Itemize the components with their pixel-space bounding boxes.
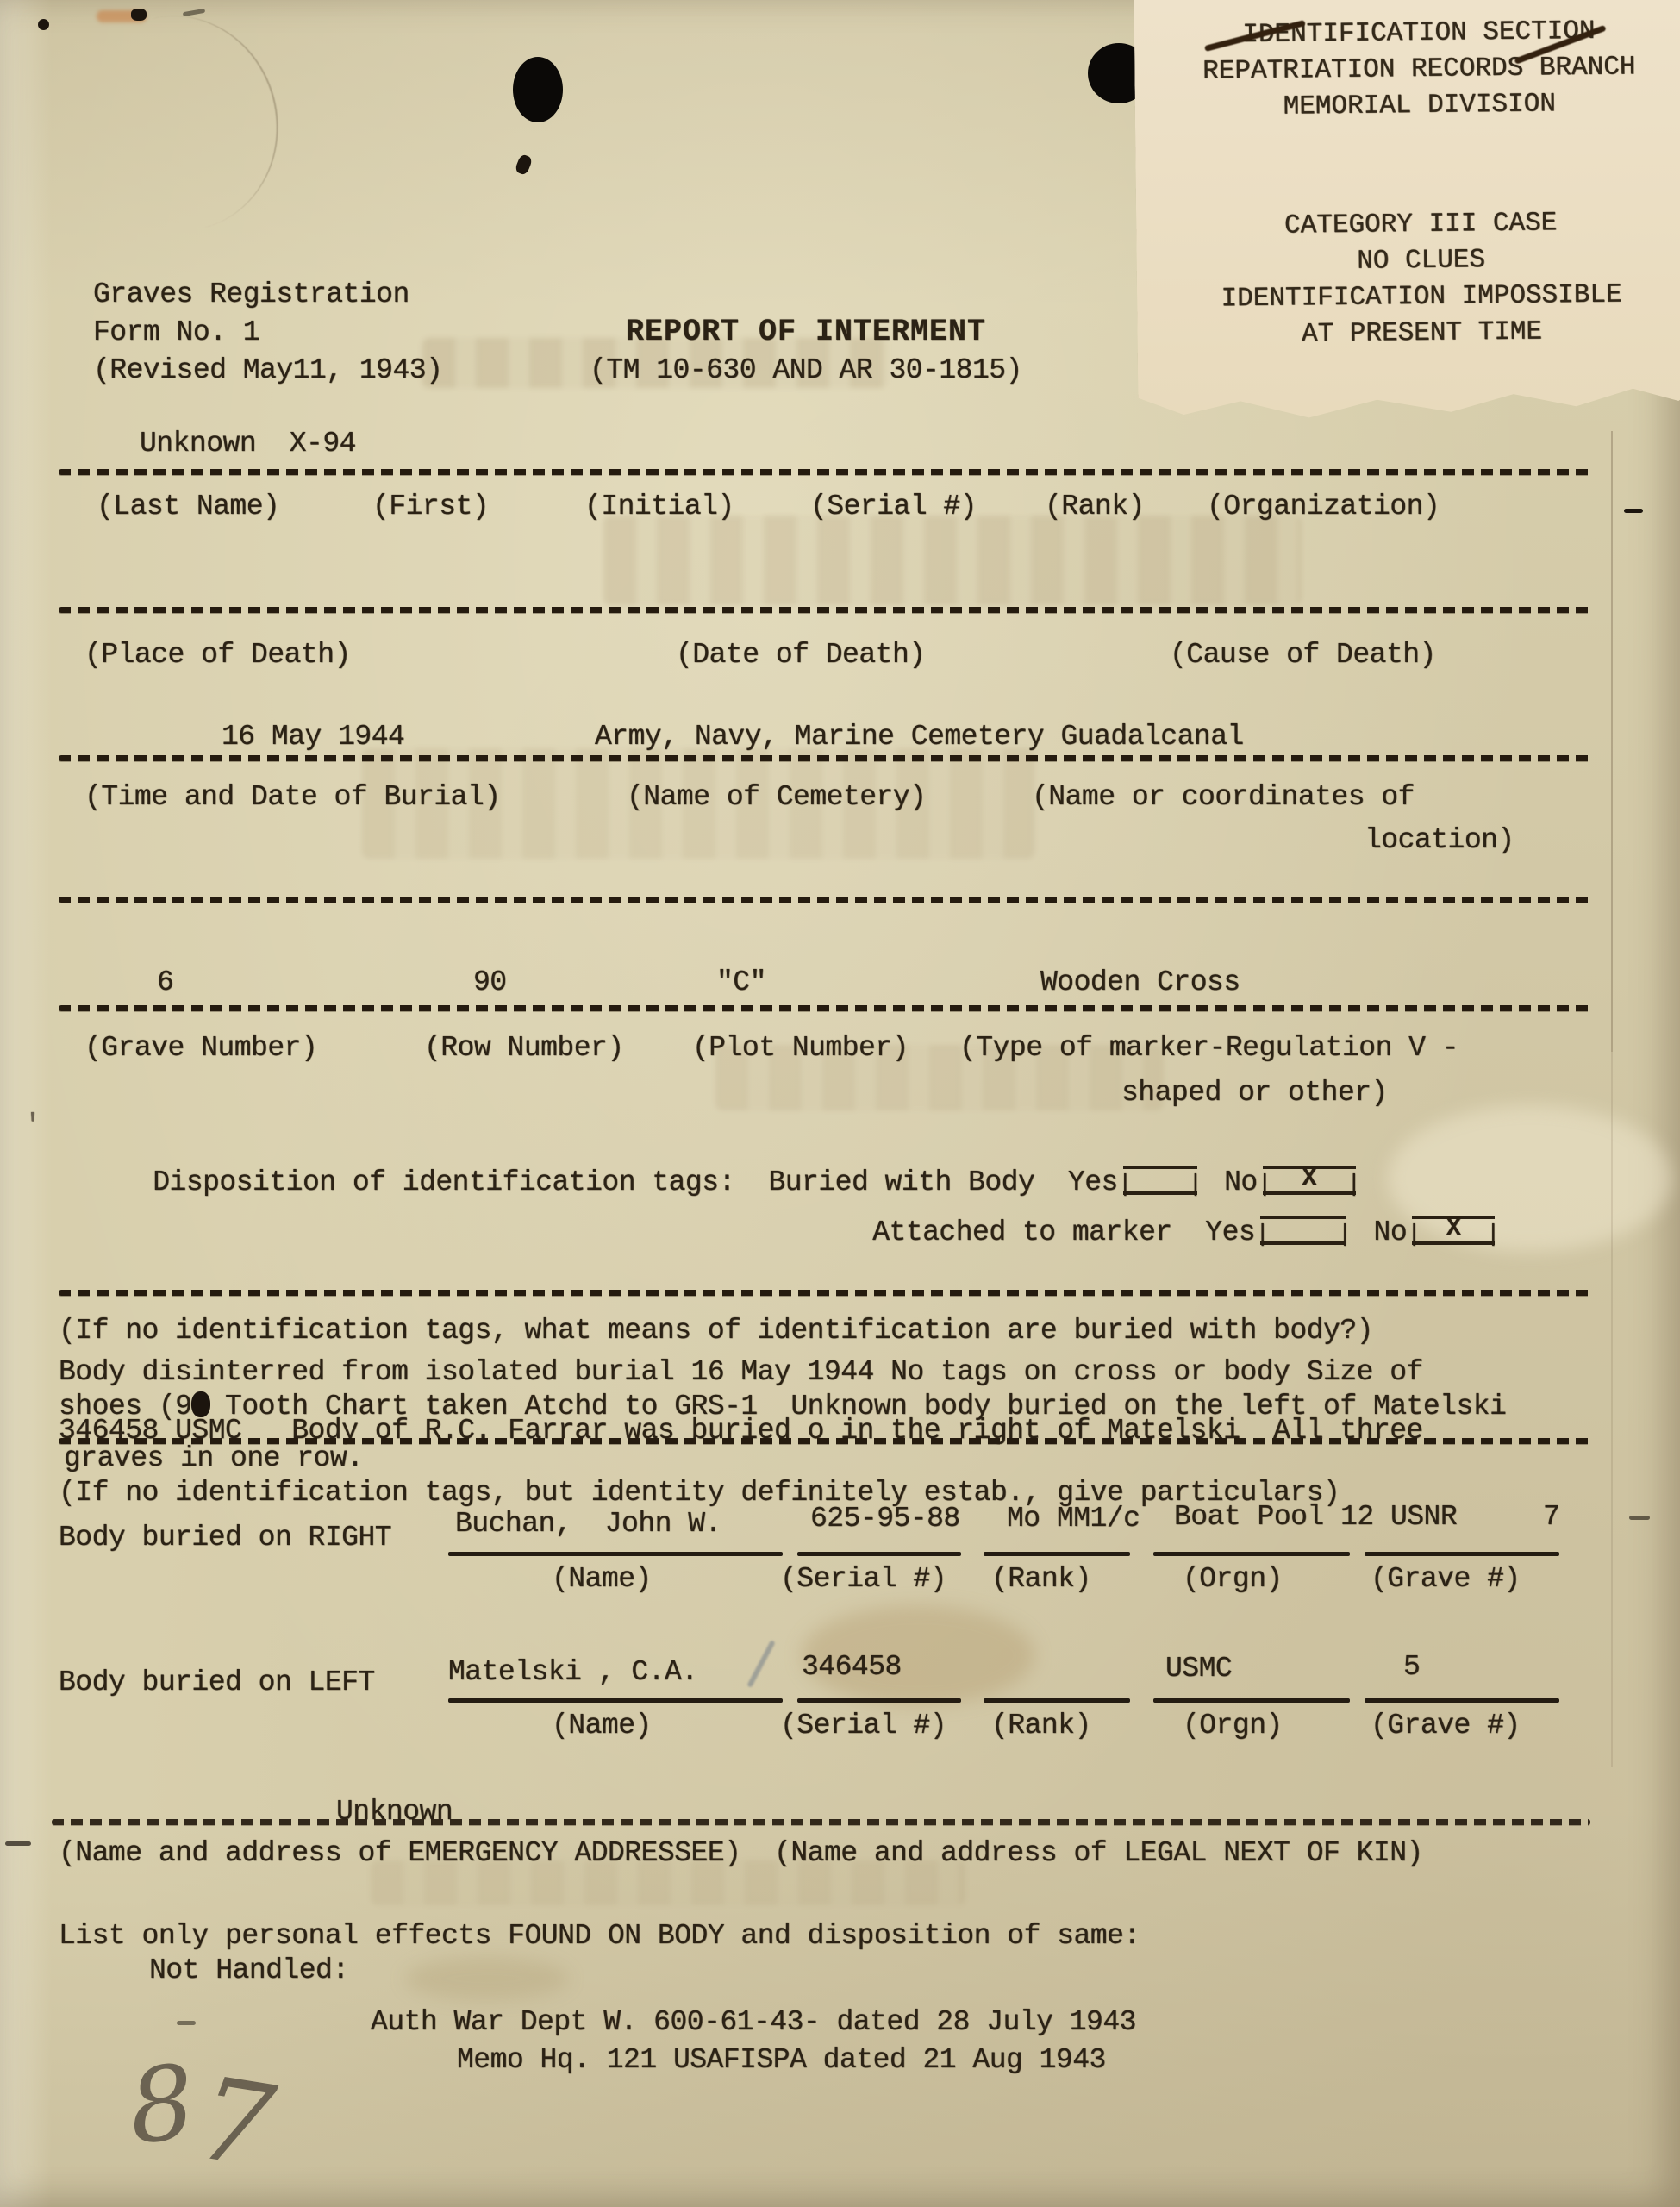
right-grave-value: 7 [1543, 1500, 1559, 1535]
right-label-orgn: (Orgn) [1183, 1562, 1283, 1597]
fold-line [1611, 1052, 1613, 1767]
field-underline [448, 1698, 783, 1703]
label-grave-number: (Grave Number) [84, 1031, 317, 1066]
right-serial-value: 625-95-88 [810, 1502, 960, 1536]
tags-disposition-line2: Attached to marker Yes NoX [806, 1181, 1505, 1285]
label-serial: (Serial #) [810, 490, 977, 524]
fold-line [1611, 431, 1613, 1052]
field-underline [797, 1698, 961, 1703]
burial-date-value: 16 May 1944 [222, 720, 404, 754]
field-underline [984, 1552, 1130, 1556]
id-question-2: (If no identification tags, but identity… [59, 1476, 1340, 1510]
ink-speck [183, 9, 205, 16]
label-cause-of-death: (Cause of Death) [1170, 638, 1436, 672]
pencil-mark: ' [24, 1109, 41, 1143]
label-marker-type: (Type of marker-Regulation V - [959, 1031, 1458, 1066]
grave-number-value: 6 [157, 966, 173, 1000]
tags-line2-no: No [1374, 1216, 1408, 1248]
attached-note-card: IDENTIFICATION SECTION REPATRIATION RECO… [1134, 0, 1680, 423]
dashed-rule [52, 1819, 1590, 1825]
left-label-rank: (Rank) [991, 1709, 1091, 1743]
id-answer-line1: Body disinterred from isolated burial 16… [59, 1355, 1423, 1390]
label-date-of-death: (Date of Death) [676, 638, 926, 672]
right-label-name: (Name) [552, 1562, 652, 1597]
note-line: REPATRIATION RECORDS BRANCH [1134, 51, 1680, 89]
label-rank: (Rank) [1045, 490, 1145, 524]
pencil-dash [5, 1841, 31, 1846]
field-underline [1365, 1698, 1559, 1703]
scanned-graves-registration-form: IDENTIFICATION SECTION REPATRIATION RECO… [0, 0, 1680, 2207]
field-underline [797, 1552, 961, 1556]
label-initial: (Initial) [584, 490, 734, 524]
form-name-line2: Form No. 1 [93, 316, 259, 350]
left-orgn-value: USMC [1165, 1652, 1232, 1686]
row-number-value: 90 [473, 966, 507, 1000]
right-name-value: Buchan, John W. [455, 1507, 721, 1541]
dashed-rule [59, 1005, 1590, 1011]
label-marker-type-2: shaped or other) [1121, 1076, 1388, 1110]
left-name-value: Matelski , C.A. [448, 1655, 698, 1690]
decedent-name-value: Unknown X-94 [140, 427, 356, 461]
dashed-rule [59, 897, 1590, 903]
form-revision: (Revised May11, 1943) [93, 353, 442, 388]
label-plot-number: (Plot Number) [692, 1031, 909, 1066]
left-row-label: Body buried on LEFT [59, 1666, 375, 1700]
right-orgn-value: Boat Pool 12 USNR [1174, 1500, 1457, 1535]
form-title-reference: (TM 10-630 AND AR 30-1815) [590, 353, 1022, 388]
left-label-orgn: (Orgn) [1183, 1709, 1283, 1743]
label-place-of-death: (Place of Death) [84, 638, 351, 672]
pencil-slash [746, 1640, 775, 1688]
field-underline [1153, 1698, 1350, 1703]
id-answer-line4: graves in one row. [64, 1441, 363, 1476]
right-label-serial: (Serial #) [780, 1562, 946, 1597]
checkbox-marker-yes [1260, 1216, 1346, 1245]
effects-auth-2: Memo Hq. 121 USAFISPA dated 21 Aug 1943 [457, 2043, 1106, 2078]
note-line: IDENTIFICATION IMPOSSIBLE [1137, 278, 1680, 316]
dashed-rule [59, 607, 1590, 613]
note-line: CATEGORY III CASE [1136, 206, 1680, 244]
left-grave-value: 5 [1403, 1650, 1420, 1685]
ink-speck [38, 19, 49, 30]
note-line: NO CLUES [1136, 242, 1680, 280]
left-label-grave: (Grave #) [1371, 1709, 1521, 1743]
cemetery-value: Army, Navy, Marine Cemetery Guadalcanal [595, 720, 1244, 754]
dashed-rule [59, 755, 1590, 761]
label-time-date-burial: (Time and Date of Burial) [84, 780, 501, 815]
right-rank-value: Mo MM1/c [1007, 1502, 1140, 1536]
bleedthrough-smudge [603, 516, 1302, 605]
right-label-grave: (Grave #) [1371, 1562, 1521, 1597]
note-line: MEMORIAL DIVISION [1135, 87, 1680, 125]
right-label-rank: (Rank) [991, 1562, 1091, 1597]
label-row-number: (Row Number) [424, 1031, 624, 1066]
left-label-name: (Name) [552, 1709, 652, 1743]
dashed-rule [59, 469, 1590, 475]
label-first: (First) [372, 490, 489, 524]
pencil-dash [1629, 1516, 1650, 1520]
nok-labels: (Name and address of EMERGENCY ADDRESSEE… [59, 1836, 1423, 1871]
label-last-name: (Last Name) [97, 490, 279, 524]
label-organization: (Organization) [1207, 490, 1440, 524]
form-name-line1: Graves Registration [93, 278, 409, 312]
form-title: REPORT OF INTERMENT [626, 314, 986, 351]
effects-auth-1: Auth War Dept W. 600-61-43- dated 28 Jul… [371, 2005, 1136, 2040]
pencil-dash [177, 2021, 196, 2025]
ink-speck [131, 9, 147, 21]
plot-number-value: "C" [716, 966, 766, 1000]
dashed-rule [59, 1290, 1590, 1296]
field-underline [448, 1552, 783, 1556]
field-underline [1365, 1552, 1559, 1556]
id-question-1: (If no identification tags, what means o… [59, 1314, 1373, 1348]
ink-speck [1624, 509, 1643, 513]
field-underline [984, 1698, 1130, 1703]
left-label-serial: (Serial #) [780, 1709, 946, 1743]
tags-line2-text: Attached to marker Yes [872, 1216, 1255, 1248]
right-row-label: Body buried on RIGHT [59, 1521, 391, 1555]
left-serial-value: 346458 [802, 1650, 902, 1685]
marker-type-value: Wooden Cross [1040, 966, 1240, 1000]
note-line: AT PRESENT TIME [1137, 315, 1680, 353]
paper-stain [405, 1957, 569, 2000]
handwritten-number-8: 8 [123, 2041, 200, 2166]
field-underline [1153, 1552, 1350, 1556]
label-name-of-cemetery: (Name of Cemetery) [627, 780, 926, 815]
punch-dot-left [513, 57, 563, 122]
label-coordinates-2: location) [1365, 823, 1514, 858]
checkbox-marker-no: X [1412, 1216, 1495, 1245]
label-coordinates: (Name or coordinates of [1032, 780, 1415, 815]
ink-speck [514, 153, 533, 176]
effects-line: List only personal effects FOUND ON BODY… [59, 1919, 1140, 1954]
handwritten-number-7: 7 [190, 2052, 282, 2194]
pencil-arc [54, 0, 301, 252]
effects-not-handled: Not Handled: [149, 1954, 349, 1988]
